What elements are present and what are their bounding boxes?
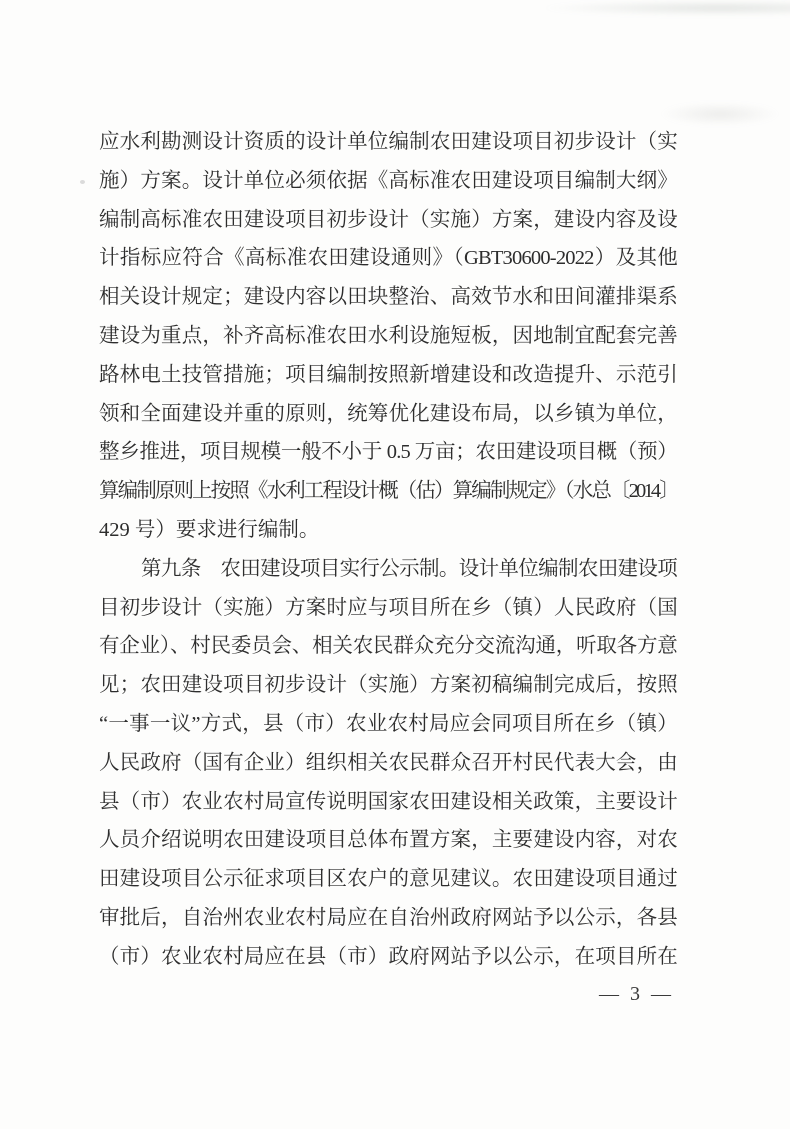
text-line: 建设为重点，补齐高标准农田水利设施短板，因地制宜配套完善 (99, 317, 677, 356)
text-line: 计指标应符合《高标准农田建设通则》（GBT30600-2022）及其他 (99, 239, 677, 278)
text-line: 429 号）要求进行编制。 (99, 511, 677, 550)
text-line: 见；农田建设项目初步设计（实施）方案初稿编制完成后，按照 (99, 666, 677, 705)
text-line: 相关设计规定；建设内容以田块整治、高效节水和田间灌排渠系 (99, 278, 677, 317)
text-line: 有企业）、村民委员会、相关农民群众充分交流沟通，听取各方意 (99, 627, 677, 666)
text-line-article-9: 第九条 农田建设项目实行公示制。设计单位编制农田建设项 (99, 550, 677, 589)
text-line: 算编制原则上按照《水利工程设计概（估）算编制规定》（水总〔2014〕 (99, 472, 677, 511)
text-line: 施）方案。设计单位必须依据《高标准农田建设项目编制大纲》 (99, 162, 677, 201)
scan-speck (80, 180, 85, 184)
text-line: 应水利勘测设计资质的设计单位编制农田建设项目初步设计（实 (99, 123, 677, 162)
scan-smudge-top (540, 0, 790, 16)
paragraph-1: 应水利勘测设计资质的设计单位编制农田建设项目初步设计（实 施）方案。设计单位必须… (99, 123, 677, 550)
text-line: 路林电土技管措施；项目编制按照新增建设和改造提升、示范引 (99, 356, 677, 395)
text-line: 田建设项目公示征求项目区农户的意见建议。农田建设项目通过 (99, 860, 677, 899)
page-number: — 3 — (599, 983, 674, 1006)
text-line: 目初步设计（实施）方案时应与项目所在乡（镇）人民政府（国 (99, 589, 677, 628)
text-line: 编制高标准农田建设项目初步设计（实施）方案，建设内容及设 (99, 201, 677, 240)
document-page: 应水利勘测设计资质的设计单位编制农田建设项目初步设计（实 施）方案。设计单位必须… (0, 0, 790, 1129)
paragraph-2: 第九条 农田建设项目实行公示制。设计单位编制农田建设项 目初步设计（实施）方案时… (99, 550, 677, 977)
text-line: “一事一议”方式，县（市）农业农村局应会同项目所在乡（镇） (99, 705, 677, 744)
text-line: 审批后，自治州农业农村局应在自治州政府网站予以公示，各县 (99, 899, 677, 938)
text-line: 人员介绍说明农田建设项目总体布置方案，主要建设内容，对农 (99, 821, 677, 860)
scan-smudge-right (660, 102, 780, 126)
text-line: 领和全面建设并重的原则，统筹优化建设布局，以乡镇为单位， (99, 395, 677, 434)
text-line: 整乡推进，项目规模一般不小于 0.5 万亩；农田建设项目概（预） (99, 433, 677, 472)
text-line: （市）农业农村局应在县（市）政府网站予以公示，在项目所在 (99, 938, 677, 977)
body-text: 应水利勘测设计资质的设计单位编制农田建设项目初步设计（实 施）方案。设计单位必须… (99, 123, 677, 977)
text-line: 县（市）农业农村局宣传说明国家农田建设相关政策，主要设计 (99, 783, 677, 822)
text-line: 人民政府（国有企业）组织相关农民群众召开村民代表大会，由 (99, 744, 677, 783)
